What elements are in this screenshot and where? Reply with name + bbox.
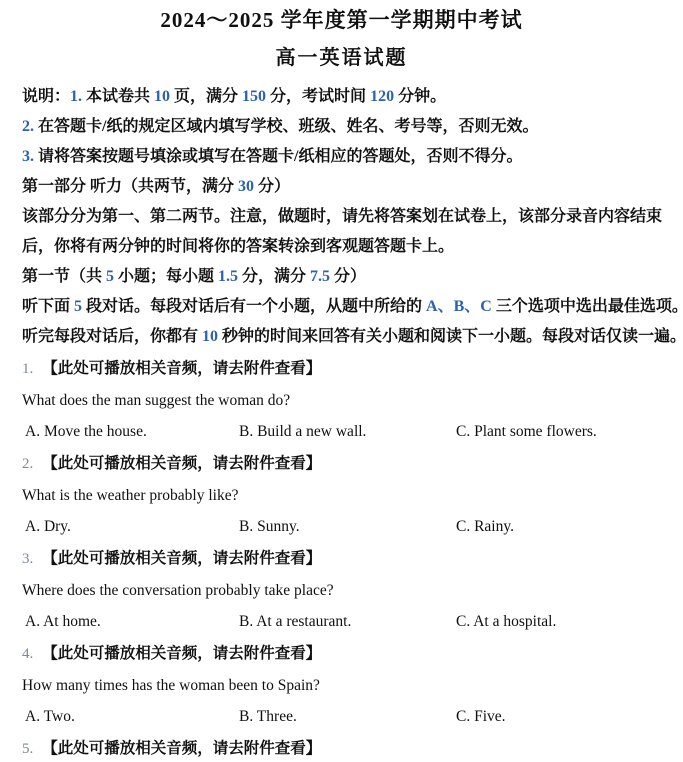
chinese-text: 听完每段对话后，你都有 (22, 328, 202, 345)
option-a: A. Two. (25, 701, 75, 732)
audio-note: 【此处可播放相关音频，请去附件查看】 (42, 645, 321, 662)
question-number: 2. (22, 456, 33, 472)
chinese-text: 请将答案按题号填涂或填写在答题卡/纸相应的答题处，否则不得分。 (38, 148, 522, 165)
instructions-section: 说明：1. 本试卷共 10 页，满分 150 分，考试时间 120 分钟。2. … (22, 82, 665, 352)
highlighted-number: 30 (238, 178, 254, 195)
intro-line: 3. 请将答案按题号填涂或填写在答题卡/纸相应的答题处，否则不得分。 (22, 142, 665, 172)
question-text: What is the weather probably like? (22, 480, 665, 511)
exam-title: 2024～2025 学年度第一学期期中考试 (0, 0, 683, 33)
options-row: A. Two.B. Three.C. Five. (22, 701, 665, 732)
audio-line: 1.【此处可播放相关音频，请去附件查看】 (22, 353, 665, 385)
chinese-text: 小题；每小题 (114, 268, 218, 285)
chinese-text: 秒钟的时间来回答有关小题和阅读下一小题。每段对话仅读一遍。 (218, 328, 683, 345)
audio-line: 4.【此处可播放相关音频，请去附件查看】 (22, 638, 665, 670)
chinese-text: 分） (330, 268, 366, 285)
highlighted-number: 7.5 (310, 268, 330, 285)
chinese-text: 第一节（共 (22, 268, 106, 285)
option-b: B. Three. (239, 701, 297, 732)
highlighted-number: 2. (22, 118, 38, 135)
audio-note: 【此处可播放相关音频，请去附件查看】 (42, 740, 321, 757)
intro-line: 听下面 5 段对话。每段对话后有一个小题，从题中所给的 A、B、C 三个选项中选… (22, 292, 665, 322)
highlighted-number: 10 (202, 328, 218, 345)
exam-subtitle: 高一英语试题 (0, 46, 683, 70)
intro-line: 第一部分 听力（共两节，满分 30 分） (22, 172, 665, 202)
options-row: A. At home.B. At a restaurant.C. At a ho… (22, 606, 665, 637)
question-number: 3. (22, 551, 33, 567)
chinese-text: 段对话。每段对话后有一个小题，从题中所给的 (82, 298, 426, 315)
exam-body: 说明：1. 本试卷共 10 页，满分 150 分，考试时间 120 分钟。2. … (22, 82, 665, 762)
option-a: A. At home. (25, 606, 101, 637)
chinese-text: 听下面 (22, 298, 74, 315)
option-c: C. Plant some flowers. (456, 416, 597, 447)
highlighted-number: 3. (22, 148, 38, 165)
chinese-text: 分钟。 (394, 88, 446, 105)
intro-line: 2. 在答题卡/纸的规定区域内填写学校、班级、姓名、考号等，否则无效。 (22, 112, 665, 142)
intro-line: 第一节（共 5 小题；每小题 1.5 分，满分 7.5 分） (22, 262, 665, 292)
chinese-text: 该部分分为第一、第二两节。注意，做题时，请先将答案划在试卷上，该部分录音内容结束 (22, 208, 662, 225)
intro-line: 后，你将有两分钟的时间将你的答案转涂到客观题答题卡上。 (22, 232, 665, 262)
highlighted-number: 1. (70, 88, 86, 105)
audio-line: 5.【此处可播放相关音频，请去附件查看】 (22, 733, 665, 762)
highlighted-number: A、B、C (426, 298, 492, 315)
option-b: B. At a restaurant. (239, 606, 351, 637)
chinese-text: 分，考试时间 (266, 88, 370, 105)
question-text: What does the man suggest the woman do? (22, 385, 665, 416)
options-row: A. Move the house.B. Build a new wall.C.… (22, 416, 665, 447)
highlighted-number: 1.5 (218, 268, 238, 285)
question-number: 4. (22, 646, 33, 662)
intro-line: 说明：1. 本试卷共 10 页，满分 150 分，考试时间 120 分钟。 (22, 82, 665, 112)
question-text: Where does the conversation probably tak… (22, 575, 665, 606)
question-text: How many times has the woman been to Spa… (22, 670, 665, 701)
options-row: A. Dry.B. Sunny.C. Rainy. (22, 511, 665, 542)
option-c: C. Five. (456, 701, 506, 732)
option-b: B. Build a new wall. (239, 416, 366, 447)
exam-document-page: 2024～2025 学年度第一学期期中考试 高一英语试题 说明：1. 本试卷共 … (0, 0, 683, 762)
highlighted-number: 5 (106, 268, 114, 285)
chinese-text: 分，满分 (238, 268, 310, 285)
highlighted-number: 120 (370, 88, 394, 105)
question-block: 2.【此处可播放相关音频，请去附件查看】What is the weather … (22, 448, 665, 542)
question-block: 4.【此处可播放相关音频，请去附件查看】How many times has t… (22, 638, 665, 732)
audio-note: 【此处可播放相关音频，请去附件查看】 (42, 360, 321, 377)
chinese-text: 说明： (22, 88, 70, 105)
chinese-text: 后，你将有两分钟的时间将你的答案转涂到客观题答题卡上。 (22, 238, 454, 255)
question-number: 5. (22, 741, 33, 757)
option-c: C. At a hospital. (456, 606, 556, 637)
option-c: C. Rainy. (456, 511, 514, 542)
chinese-text: 第一部分 听力（共两节，满分 (22, 178, 238, 195)
question-block: 1.【此处可播放相关音频，请去附件查看】What does the man su… (22, 353, 665, 447)
highlighted-number: 5 (74, 298, 82, 315)
option-a: A. Move the house. (25, 416, 147, 447)
question-block: 5.【此处可播放相关音频，请去附件查看】 (22, 733, 665, 762)
question-number: 1. (22, 361, 33, 377)
chinese-text: 本试卷共 (86, 88, 154, 105)
question-block: 3.【此处可播放相关音频，请去附件查看】Where does the conve… (22, 543, 665, 637)
audio-line: 3.【此处可播放相关音频，请去附件查看】 (22, 543, 665, 575)
audio-line: 2.【此处可播放相关音频，请去附件查看】 (22, 448, 665, 480)
audio-note: 【此处可播放相关音频，请去附件查看】 (42, 455, 321, 472)
questions-section: 1.【此处可播放相关音频，请去附件查看】What does the man su… (22, 353, 665, 762)
chinese-text: 页，满分 (170, 88, 242, 105)
chinese-text: 分） (254, 178, 290, 195)
chinese-text: 三个选项中选出最佳选项。 (492, 298, 683, 315)
highlighted-number: 10 (154, 88, 170, 105)
intro-line: 听完每段对话后，你都有 10 秒钟的时间来回答有关小题和阅读下一小题。每段对话仅… (22, 322, 665, 352)
intro-line: 该部分分为第一、第二两节。注意，做题时，请先将答案划在试卷上，该部分录音内容结束 (22, 202, 665, 232)
audio-note: 【此处可播放相关音频，请去附件查看】 (42, 550, 321, 567)
option-a: A. Dry. (25, 511, 71, 542)
option-b: B. Sunny. (239, 511, 300, 542)
highlighted-number: 150 (242, 88, 266, 105)
chinese-text: 在答题卡/纸的规定区域内填写学校、班级、姓名、考号等，否则无效。 (38, 118, 538, 135)
